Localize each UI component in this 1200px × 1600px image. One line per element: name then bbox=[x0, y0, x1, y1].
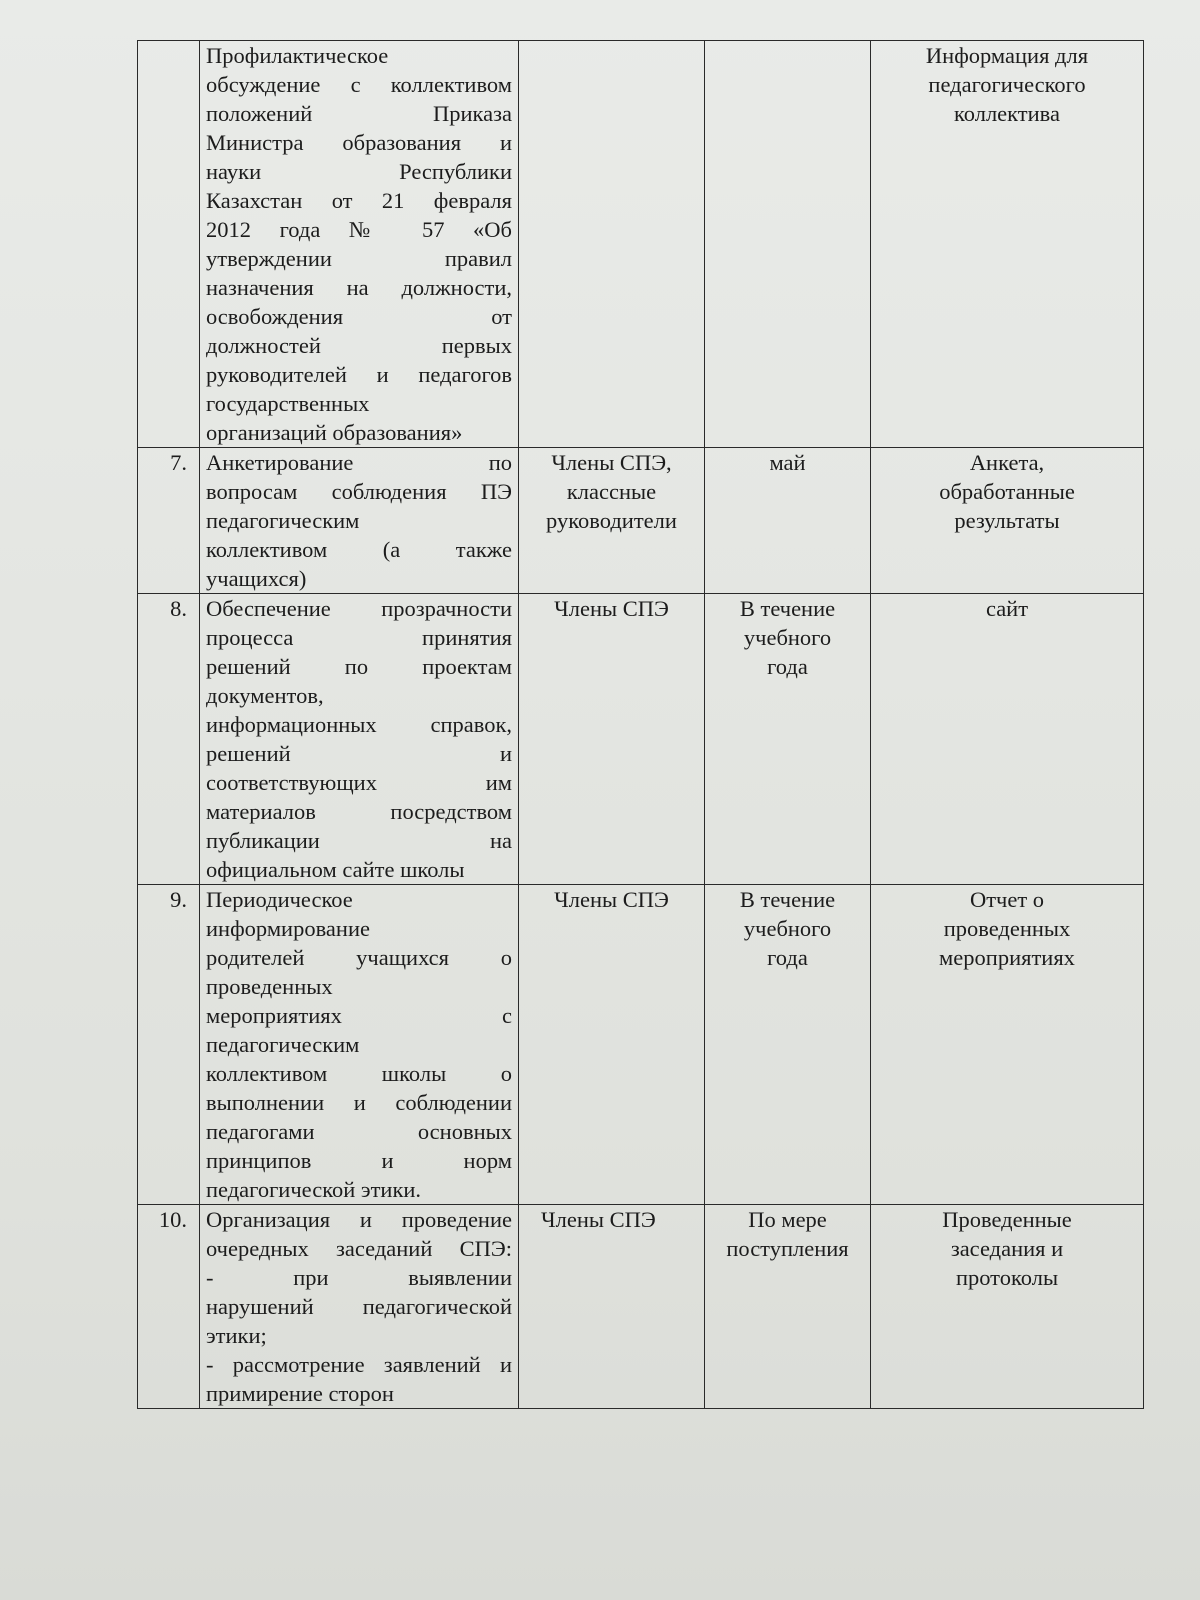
responsible-cell bbox=[519, 41, 705, 448]
deadline-cell: В течение учебного года bbox=[705, 885, 871, 1205]
activity-cell: Обеспечение прозрачностипроцесса приняти… bbox=[200, 594, 519, 885]
activity-text-line: Обеспечение прозрачности bbox=[206, 594, 512, 623]
activity-cell: Организация и проведениеочередных заседа… bbox=[200, 1205, 519, 1409]
row-number: 8. bbox=[138, 594, 200, 885]
activity-cell: Периодическоеинформированиеродителей уча… bbox=[200, 885, 519, 1205]
row-number bbox=[138, 41, 200, 448]
plan-table-body: Профилактическоеобсуждение с коллективом… bbox=[138, 41, 1144, 1409]
row-number: 9. bbox=[138, 885, 200, 1205]
table-row: 10. Организация и проведениеочередных за… bbox=[138, 1205, 1144, 1409]
activity-text-line: науки Республики bbox=[206, 157, 512, 186]
completion-form-cell: Информация для педагогического коллектив… bbox=[871, 41, 1144, 448]
deadline-cell: май bbox=[705, 448, 871, 594]
activity-text-line: информирование bbox=[206, 914, 512, 943]
activity-text-line: руководителей и педагогов bbox=[206, 360, 512, 389]
deadline-cell: В течение учебного года bbox=[705, 594, 871, 885]
activity-text-line: решений и bbox=[206, 739, 512, 768]
activity-text-line: родителей учащихся о bbox=[206, 943, 512, 972]
activity-text-line: мероприятиях с bbox=[206, 1001, 512, 1030]
activity-text-line: соответствующих им bbox=[206, 768, 512, 797]
activity-text-line: назначения на должности, bbox=[206, 273, 512, 302]
activity-text-line: педагогическим bbox=[206, 506, 512, 535]
activity-cell: Профилактическоеобсуждение с коллективом… bbox=[200, 41, 519, 448]
activity-text-line: освобождения от bbox=[206, 302, 512, 331]
activity-text-line: утверждении правил bbox=[206, 244, 512, 273]
activity-text-line: 2012 года № 57 «Об bbox=[206, 215, 512, 244]
activity-text-line: педагогической этики. bbox=[206, 1175, 512, 1204]
deadline-cell bbox=[705, 41, 871, 448]
activity-text-line: педагогами основных bbox=[206, 1117, 512, 1146]
responsible-cell: Члены СПЭ bbox=[519, 885, 705, 1205]
activity-text-line: учащихся) bbox=[206, 564, 512, 593]
table-row: Профилактическоеобсуждение с коллективом… bbox=[138, 41, 1144, 448]
activity-text-line: коллективом школы о bbox=[206, 1059, 512, 1088]
row-number: 10. bbox=[138, 1205, 200, 1409]
activity-text-line: этики; bbox=[206, 1321, 512, 1350]
activity-text-line: Анкетирование по bbox=[206, 448, 512, 477]
responsible-cell: Члены СПЭ bbox=[519, 1205, 705, 1409]
completion-form-cell: Анкета, обработанные результаты bbox=[871, 448, 1144, 594]
activity-text-line: информационных справок, bbox=[206, 710, 512, 739]
activity-text-line: материалов посредством bbox=[206, 797, 512, 826]
activity-text-line: положений Приказа bbox=[206, 99, 512, 128]
activity-text-line: документов, bbox=[206, 681, 512, 710]
activity-text-line: выполнении и соблюдении bbox=[206, 1088, 512, 1117]
activity-text-line: - при выявлении bbox=[206, 1263, 512, 1292]
activity-text-line: организаций образования» bbox=[206, 418, 512, 447]
activity-text-line: - рассмотрение заявлений и bbox=[206, 1350, 512, 1379]
activity-text-line: вопросам соблюдения ПЭ bbox=[206, 477, 512, 506]
activity-text-line: решений по проектам bbox=[206, 652, 512, 681]
responsible-cell: Члены СПЭ, классные руководители bbox=[519, 448, 705, 594]
activity-text-line: публикации на bbox=[206, 826, 512, 855]
responsible-cell: Члены СПЭ bbox=[519, 594, 705, 885]
table-row: 8. Обеспечение прозрачностипроцесса прин… bbox=[138, 594, 1144, 885]
activity-text-line: принципов и норм bbox=[206, 1146, 512, 1175]
activity-text-line: Министра образования и bbox=[206, 128, 512, 157]
activity-text-line: Казахстан от 21 февраля bbox=[206, 186, 512, 215]
activity-text-line: процесса принятия bbox=[206, 623, 512, 652]
activity-text-line: государственных bbox=[206, 389, 512, 418]
deadline-cell: По мере поступления bbox=[705, 1205, 871, 1409]
row-number: 7. bbox=[138, 448, 200, 594]
activity-text-line: официальном сайте школы bbox=[206, 855, 512, 884]
activity-text-line: нарушений педагогической bbox=[206, 1292, 512, 1321]
completion-form-cell: Отчет о проведенных мероприятиях bbox=[871, 885, 1144, 1205]
activity-text-line: примирение сторон bbox=[206, 1379, 512, 1408]
activity-text-line: Профилактическое bbox=[206, 41, 512, 70]
table-row: 7. Анкетирование повопросам соблюдения П… bbox=[138, 448, 1144, 594]
activity-cell: Анкетирование повопросам соблюдения ПЭпе… bbox=[200, 448, 519, 594]
document-page: Профилактическоеобсуждение с коллективом… bbox=[0, 0, 1200, 1600]
activity-text-line: должностей первых bbox=[206, 331, 512, 360]
activity-text-line: проведенных bbox=[206, 972, 512, 1001]
activity-text-line: педагогическим bbox=[206, 1030, 512, 1059]
activity-text-line: Организация и проведение bbox=[206, 1205, 512, 1234]
activity-text-line: Периодическое bbox=[206, 885, 512, 914]
table-row: 9. Периодическоеинформированиеродителей … bbox=[138, 885, 1144, 1205]
plan-table: Профилактическоеобсуждение с коллективом… bbox=[137, 40, 1144, 1409]
completion-form-cell: Проведенные заседания и протоколы bbox=[871, 1205, 1144, 1409]
activity-text-line: обсуждение с коллективом bbox=[206, 70, 512, 99]
activity-text-line: очередных заседаний СПЭ: bbox=[206, 1234, 512, 1263]
activity-text-line: коллективом (а также bbox=[206, 535, 512, 564]
completion-form-cell: сайт bbox=[871, 594, 1144, 885]
